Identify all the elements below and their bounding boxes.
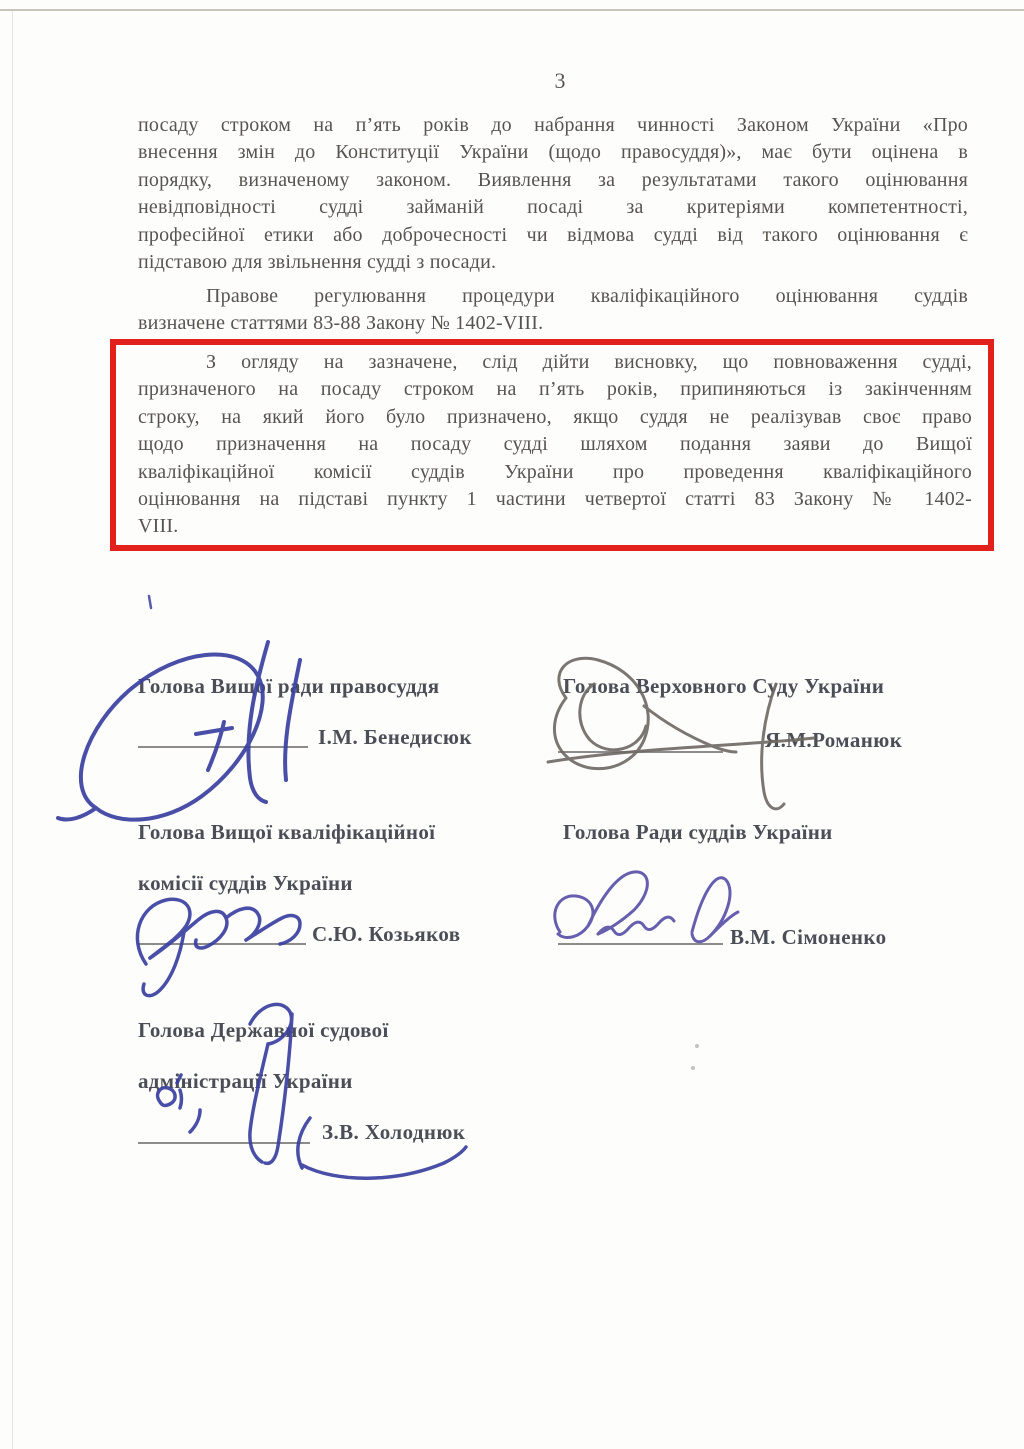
sig-name-simonenko: В.М. Сімоненко (730, 925, 887, 950)
sig-title-high-council-of-justice: Голова Вищої ради правосуддя (138, 674, 518, 725)
signature-line (138, 943, 306, 945)
paragraph-evaluation-rules: посаду строком на п’ять років до набранн… (138, 112, 968, 276)
signature-benedysiuk-ink (58, 642, 300, 820)
text-line: невідповідності судді займаній посаді за… (138, 194, 968, 221)
text-line: Голова Ради суддів України (563, 820, 963, 871)
sig-title-qualification-commission: Голова Вищої кваліфікаційноїкомісії судд… (138, 820, 518, 922)
text-line: З огляду на зазначене, слід дійти виснов… (138, 349, 972, 376)
text-line: Голова Державної судової (138, 1018, 518, 1069)
scan-edge-line-top (0, 9, 1024, 11)
text-line: кваліфікаційної комісії суддів України п… (138, 459, 972, 486)
text-line: строку, на який його було призначено, як… (138, 404, 972, 431)
sig-name-benedysiuk: І.М. Бенедисюк (318, 725, 472, 750)
text-line: щодо призначення на посаду судді шляхом … (138, 431, 972, 458)
text-line: комісії суддів України (138, 871, 518, 922)
signature-line (138, 1142, 310, 1144)
text-line: оцінювання на підставі пункту 1 частини … (138, 486, 972, 513)
paragraph-conclusion-highlighted: З огляду на зазначене, слід дійти виснов… (138, 349, 972, 541)
signature-line (558, 943, 723, 945)
sig-name-kholodniuk: З.В. Холоднюк (322, 1120, 465, 1145)
text-line: адміністрації України (138, 1069, 518, 1120)
paragraph-legal-regulation: Правове регулювання процедури кваліфікац… (138, 283, 968, 338)
sig-title-council-of-judges: Голова Ради суддів України (563, 820, 963, 871)
ink-tick-mark (149, 596, 151, 608)
text-line: професійної етики або доброчесності чи в… (138, 222, 968, 249)
sig-title-supreme-court: Голова Верховного Суду України (563, 674, 963, 725)
sig-name-kozyakov: С.Ю. Козьяков (312, 922, 461, 947)
text-line: визначене статтями 83-88 Закону № 1402-V… (138, 310, 968, 337)
text-line: порядку, визначеному законом. Виявлення … (138, 167, 968, 194)
sig-name-romaniuk: Я.М.Романюк (765, 728, 902, 753)
signature-simonenko-ink (555, 872, 738, 942)
text-line: призначеного на посаду строком на п’ять … (138, 376, 972, 403)
text-line: Голова Верховного Суду України (563, 674, 963, 725)
text-line: посаду строком на п’ять років до набранн… (138, 112, 968, 139)
scan-edge-line-left (12, 11, 13, 1449)
text-line: VIII. (138, 513, 972, 540)
text-line: внесення змін до Конституції України (що… (138, 139, 968, 166)
scan-specks (691, 1044, 699, 1070)
red-highlight-box: З огляду на зазначене, слід дійти виснов… (110, 339, 994, 551)
signature-line (558, 751, 723, 753)
sig-title-state-judicial-administration: Голова Державної судовоїадміністрації Ук… (138, 1018, 518, 1120)
text-line: Голова Вищої кваліфікаційної (138, 820, 518, 871)
scanned-document-page: 3 посаду строком на п’ять років до набра… (0, 0, 1024, 1449)
text-line: Правове регулювання процедури кваліфікац… (138, 283, 968, 310)
text-line: підставою для звільнення судді з посади. (138, 249, 968, 276)
text-line: Голова Вищої ради правосуддя (138, 674, 518, 725)
signature-line (138, 746, 308, 748)
page-number: 3 (540, 68, 580, 94)
